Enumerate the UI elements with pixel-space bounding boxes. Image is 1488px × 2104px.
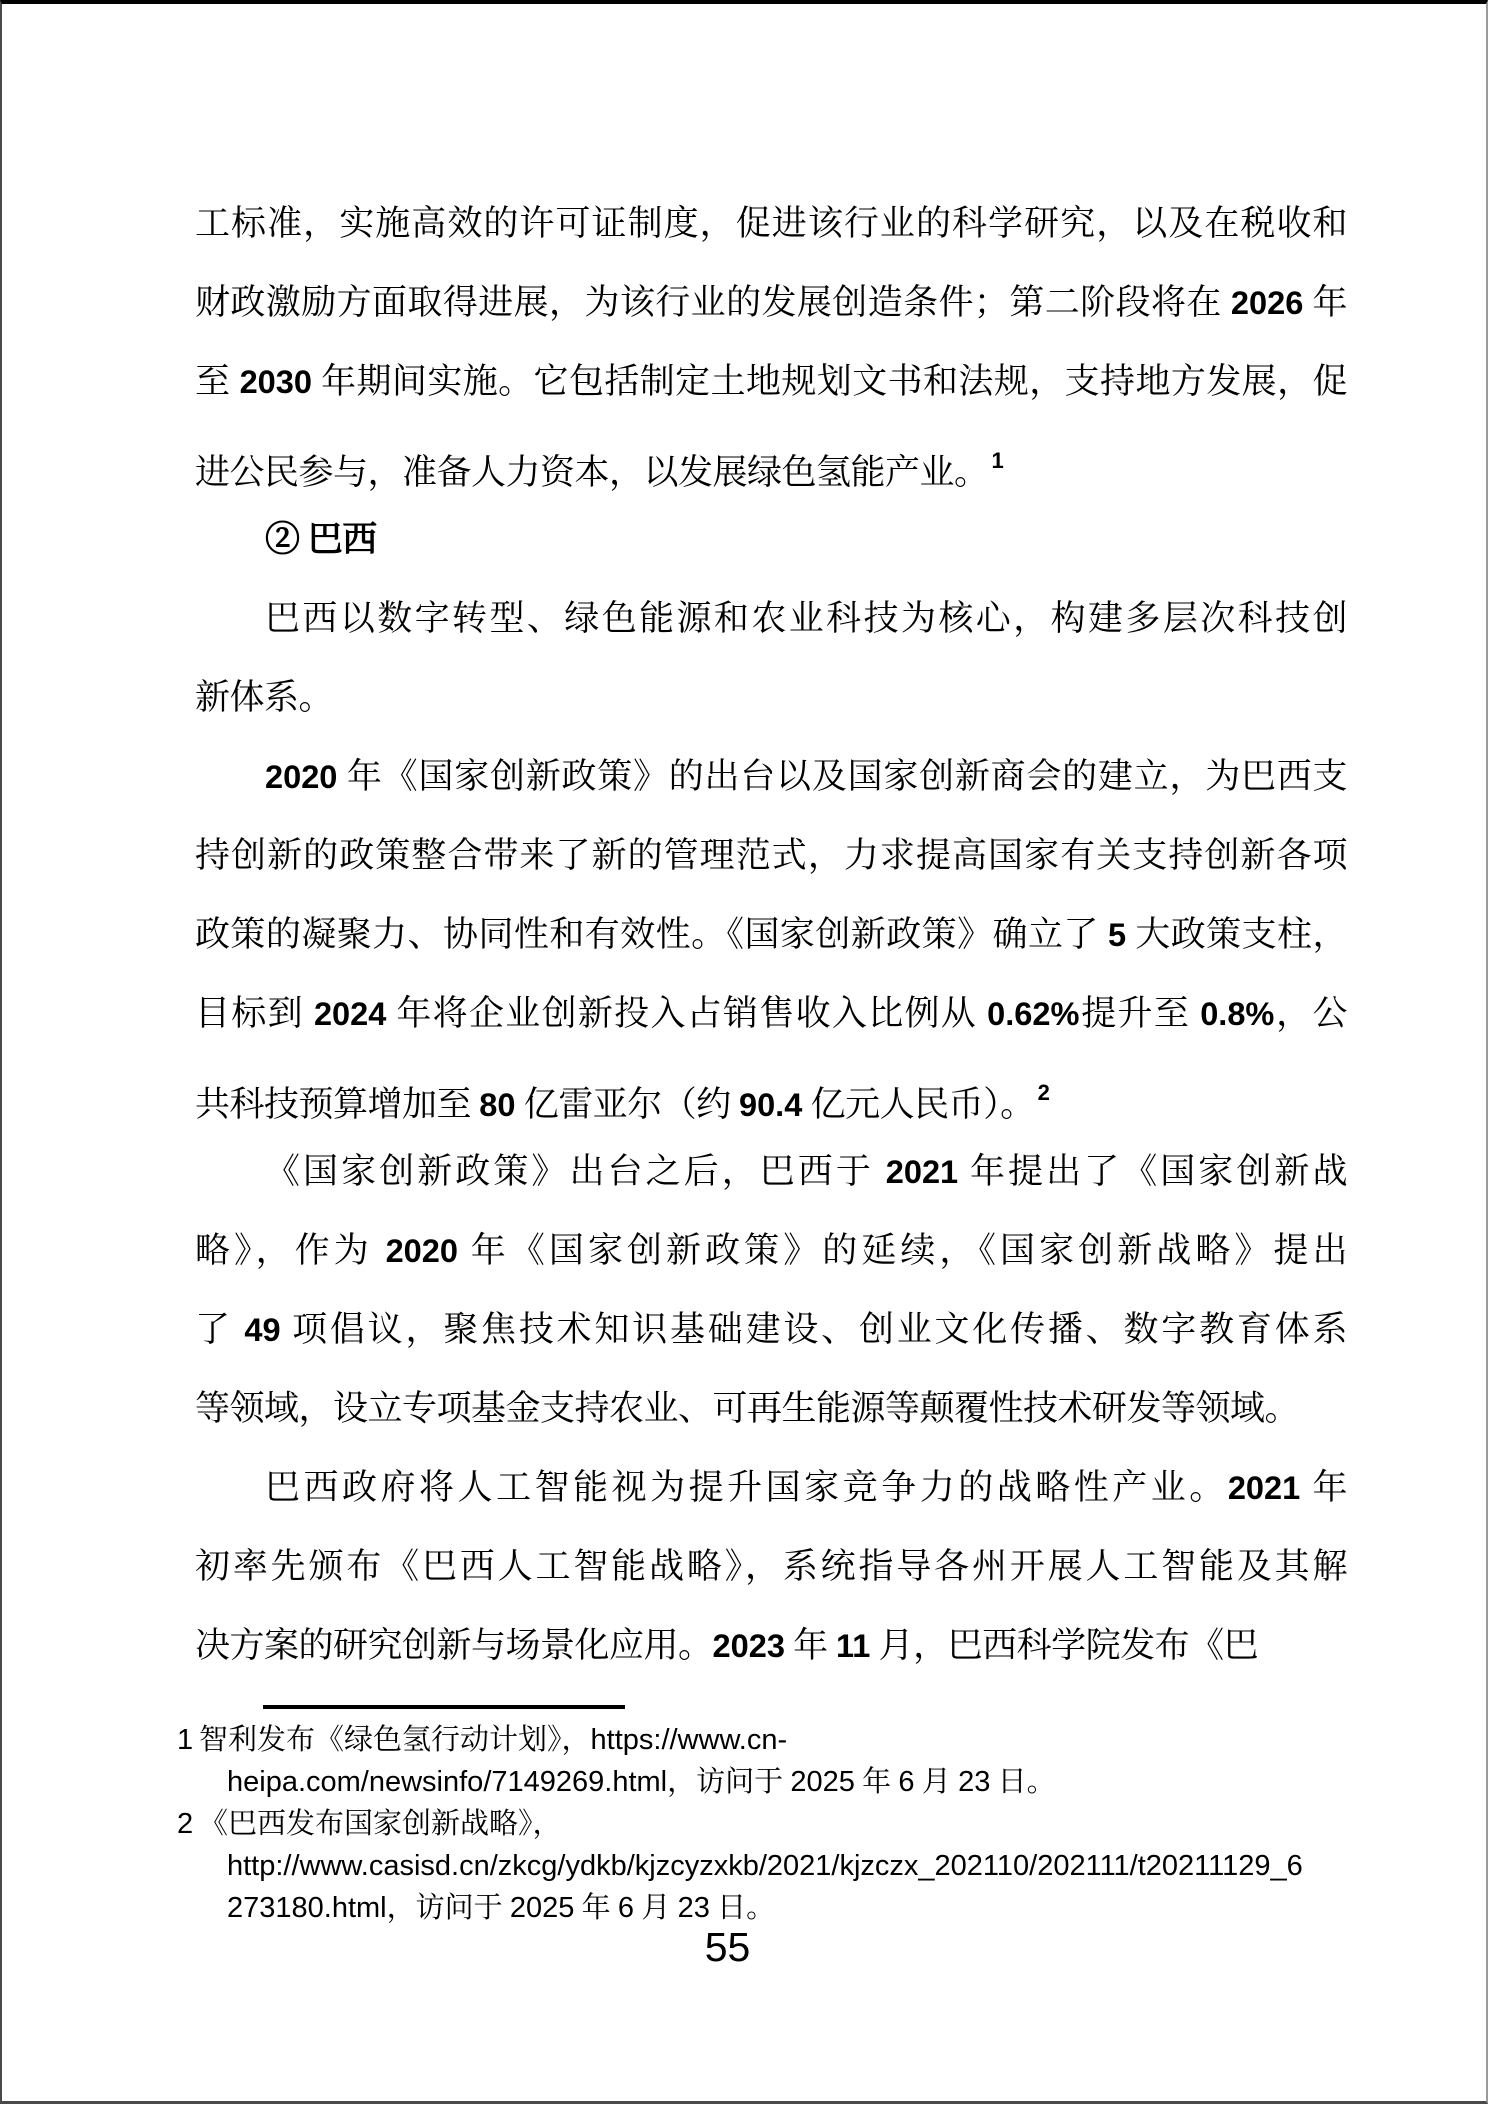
line-text: 新体系。 [195, 678, 333, 717]
body-text-line: 决方案的研究创新与场景化应用。2023 年 11 月，巴西科学院发布《巴 [195, 1606, 1347, 1685]
body-text-line: 工标准，实施高效的许可证制度，促进该行业的科学研究，以及在税收和 [195, 184, 1347, 263]
body-text-line: 初率先颁布《巴西人工智能战略》，系统指导各州开展人工智能及其解 [195, 1527, 1347, 1606]
footnote-line: http://www.casisd.cn/zkcg/ydkb/kjzcyzxkb… [177, 1845, 1457, 1887]
heading-text: ② 巴西 [265, 520, 377, 559]
footnote-ref-1: 1 [992, 448, 1004, 473]
body-text-line: 至 2030 年期间实施。它包括制定土地规划文书和法规，支持地方发展，促 [195, 342, 1347, 421]
footnote-line: 2《巴西发布国家创新战略》， [177, 1803, 1457, 1845]
footnote-text: 智利发布《绿色氢行动计划》，https://www.cn- [199, 1724, 787, 1756]
body-text-line: 财政激励方面取得进展，为该行业的发展创造条件；第二阶段将在 2026 年 [195, 263, 1347, 342]
footnote-text: heipa.com/newsinfo/7149269.html，访问于 2025… [227, 1766, 1056, 1798]
line-text: 《国家创新政策》出台之后，巴西于 2021 年提出了《国家创新战 [265, 1152, 1347, 1191]
footnote-text: 273180.html，访问于 2025 年 6 月 23 日。 [227, 1892, 775, 1924]
footnote-line: 1智利发布《绿色氢行动计划》，https://www.cn- [177, 1719, 1457, 1761]
footnote-number: 2 [177, 1803, 199, 1845]
line-text: 了 49 项倡议，聚焦技术知识基础建设、创业文化传播、数字教育体系 [195, 1310, 1347, 1349]
body-text-line: 巴西以数字转型、绿色能源和农业科技为核心，构建多层次科技创 [195, 579, 1347, 658]
footnote-line: heipa.com/newsinfo/7149269.html，访问于 2025… [177, 1761, 1457, 1803]
body-text-line: 等领域，设立专项基金支持农业、可再生能源等颠覆性技术研发等领域。 [195, 1369, 1347, 1448]
footnote-text: http://www.casisd.cn/zkcg/ydkb/kjzcyzxkb… [227, 1850, 1303, 1882]
line-text: 初率先颁布《巴西人工智能战略》，系统指导各州开展人工智能及其解 [195, 1547, 1347, 1586]
body-text-line: 2020 年《国家创新政策》的出台以及国家创新商会的建立，为巴西支 [195, 737, 1347, 816]
line-text: 略》，作为 2020 年《国家创新政策》的延续，《国家创新战略》提出 [195, 1231, 1347, 1270]
line-text: 工标准，实施高效的许可证制度，促进该行业的科学研究，以及在税收和 [195, 204, 1347, 243]
body-text-line: 新体系。 [195, 658, 1347, 737]
line-text: 等领域，设立专项基金支持农业、可再生能源等颠覆性技术研发等领域。 [195, 1389, 1299, 1428]
footnotes-block: 1智利发布《绿色氢行动计划》，https://www.cn- heipa.com… [177, 1705, 1457, 1929]
body-text-line: 巴西政府将人工智能视为提升国家竞争力的战略性产业。2021 年 [195, 1448, 1347, 1527]
body-text-block: 工标准，实施高效的许可证制度，促进该行业的科学研究，以及在税收和 财政激励方面取… [195, 184, 1347, 1685]
document-page: 工标准，实施高效的许可证制度，促进该行业的科学研究，以及在税收和 财政激励方面取… [0, 0, 1488, 2104]
footnote-line: 273180.html，访问于 2025 年 6 月 23 日。 [177, 1887, 1457, 1929]
body-text-line: 进公民参与，准备人力资本，以发展绿色氢能产业。1 [195, 421, 1347, 500]
line-text: 决方案的研究创新与场景化应用。2023 年 11 月，巴西科学院发布《巴 [195, 1626, 1258, 1665]
line-text: 持创新的政策整合带来了新的管理范式，力求提高国家有关支持创新各项 [195, 836, 1347, 875]
line-text: 巴西以数字转型、绿色能源和农业科技为核心，构建多层次科技创 [265, 599, 1347, 638]
body-text-line: 略》，作为 2020 年《国家创新政策》的延续，《国家创新战略》提出 [195, 1211, 1347, 1290]
body-text-line: 共科技预算增加至 80 亿雷亚尔（约 90.4 亿元人民币）。2 [195, 1053, 1347, 1132]
line-text: 政策的凝聚力、协同性和有效性。《国家创新政策》确立了 5 大政策支柱， [195, 915, 1347, 954]
line-text: 财政激励方面取得进展，为该行业的发展创造条件；第二阶段将在 2026 年 [195, 283, 1347, 322]
section-heading: ② 巴西 [195, 500, 1347, 579]
line-text: 目标到 2024 年将企业创新投入占销售收入比例从 0.62%提升至 0.8%，… [195, 994, 1347, 1033]
body-text-line: 了 49 项倡议，聚焦技术知识基础建设、创业文化传播、数字教育体系 [195, 1290, 1347, 1369]
body-text-line: 政策的凝聚力、协同性和有效性。《国家创新政策》确立了 5 大政策支柱， [195, 895, 1347, 974]
footnote-text: 《巴西发布国家创新战略》， [199, 1808, 562, 1840]
footnote-number: 1 [177, 1719, 199, 1761]
line-text: 进公民参与，准备人力资本，以发展绿色氢能产业。 [195, 453, 989, 492]
page-number: 55 [2, 1924, 1453, 1970]
body-text-line: 《国家创新政策》出台之后，巴西于 2021 年提出了《国家创新战 [195, 1132, 1347, 1211]
line-text: 至 2030 年期间实施。它包括制定土地规划文书和法规，支持地方发展，促 [195, 362, 1347, 401]
line-text: 共科技预算增加至 80 亿雷亚尔（约 90.4 亿元人民币）。 [195, 1085, 1035, 1124]
line-text: 巴西政府将人工智能视为提升国家竞争力的战略性产业。2021 年 [265, 1468, 1347, 1507]
footnote-ref-2: 2 [1038, 1080, 1050, 1105]
body-text-line: 目标到 2024 年将企业创新投入占销售收入比例从 0.62%提升至 0.8%，… [195, 974, 1347, 1053]
body-text-line: 持创新的政策整合带来了新的管理范式，力求提高国家有关支持创新各项 [195, 816, 1347, 895]
line-text: 2020 年《国家创新政策》的出台以及国家创新商会的建立，为巴西支 [265, 757, 1347, 796]
